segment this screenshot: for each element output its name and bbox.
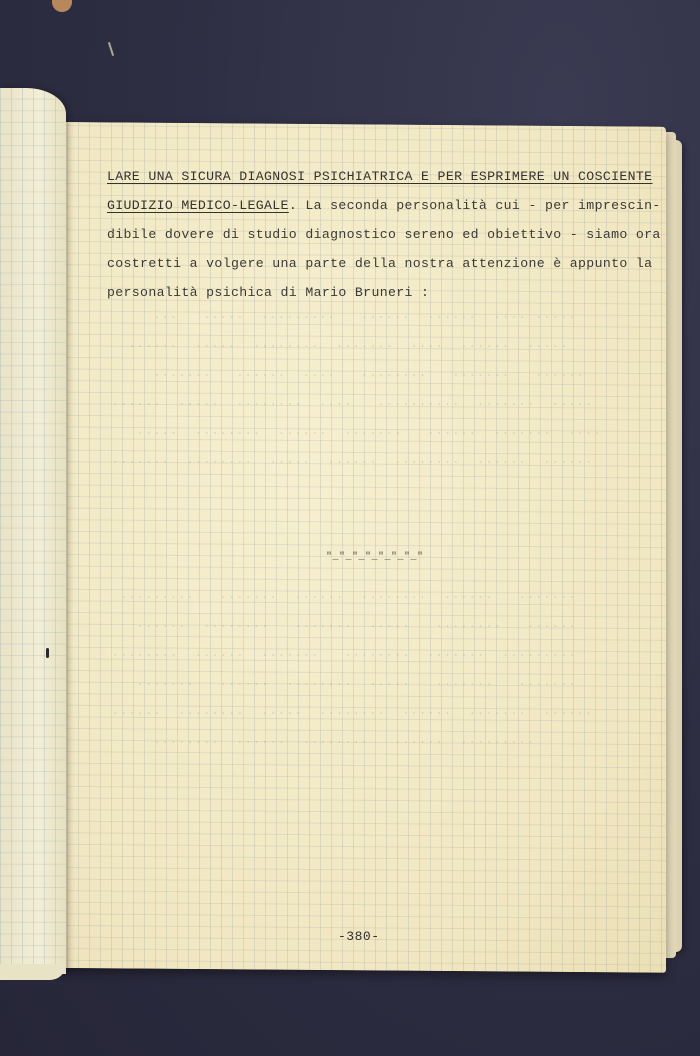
page-number: -380- — [338, 929, 380, 944]
body-text: dibile dovere di studio diagnostico sere… — [107, 227, 661, 242]
binder-pin — [52, 0, 72, 12]
text-line-5: personalità psichica di Mario Bruneri : — [107, 278, 627, 307]
text-line-4: costretti a volgere una parte della nost… — [107, 249, 627, 278]
body-text: . La seconda personalità cui - per impre… — [289, 198, 661, 213]
body-text: costretti a volgere una parte della nost… — [107, 256, 652, 271]
previous-page-curl — [0, 88, 66, 974]
dust-fleck — [108, 42, 114, 56]
heading-caps: GIUDIZIO MEDICO-LEGALE — [107, 198, 289, 213]
section-separator: "_"_"_"_"_"_"_" — [326, 552, 424, 563]
ink-mark — [46, 648, 49, 658]
body-text: personalità psichica di Mario Bruneri : — [107, 285, 429, 300]
text-line-1: LARE UNA SICURA DIAGNOSI PSICHIATRICA E … — [107, 162, 627, 191]
heading-caps: LARE UNA SICURA DIAGNOSI PSICHIATRICA E … — [107, 169, 652, 184]
text-line-3: dibile dovere di studio diagnostico sere… — [107, 220, 627, 249]
typed-text-block: LARE UNA SICURA DIAGNOSI PSICHIATRICA E … — [107, 162, 627, 307]
text-line-2: GIUDIZIO MEDICO-LEGALE. La seconda perso… — [107, 191, 627, 220]
